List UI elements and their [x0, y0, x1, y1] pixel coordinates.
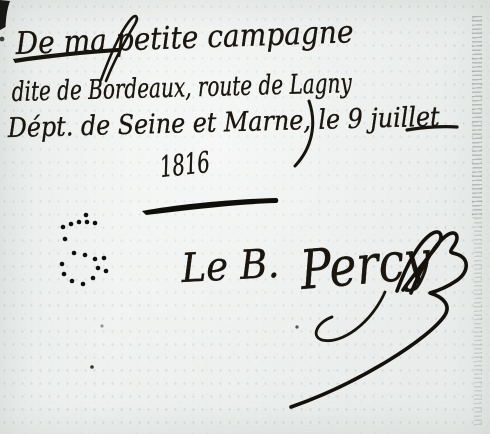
stamp-dot	[85, 220, 90, 225]
stamp-dot	[63, 237, 68, 242]
ink-speck	[90, 365, 94, 369]
ink-speck	[100, 324, 103, 327]
stamp-dot	[60, 262, 65, 267]
stamp-dot	[61, 225, 66, 230]
scanned-letter-page: De ma petite campagne dite de Bordeaux, …	[0, 0, 490, 434]
date-underline-stroke	[142, 198, 278, 215]
stamp-dot	[81, 282, 86, 287]
stamp-dot	[104, 269, 109, 274]
stamp-dot	[93, 257, 98, 262]
handwritten-line-3: Dépt. de Seine et Marne, le 9 juillet	[6, 102, 440, 144]
scan-corner-ink-mark	[0, 0, 10, 30]
handwritten-line-2: dite de Bordeaux, route de Lagny	[11, 68, 352, 108]
stamp-dot	[91, 276, 96, 281]
handwriting-layer: De ma petite campagne dite de Bordeaux, …	[0, 0, 490, 434]
scan-edge-noise-lower	[474, 218, 482, 426]
signature-prefix: Le B.	[179, 241, 280, 292]
ink-speck	[295, 325, 298, 328]
stamp-dot	[102, 256, 107, 261]
stamp-dot	[83, 253, 88, 258]
stamp-dot	[84, 213, 89, 218]
stamp-dot	[96, 266, 101, 271]
stamp-dot	[70, 279, 75, 284]
stamp-dot	[93, 221, 98, 226]
stamp-dot	[62, 272, 67, 277]
scan-edge-speck	[0, 37, 4, 42]
perforation-stamp	[60, 213, 109, 287]
stamp-dot	[69, 222, 74, 227]
scan-edge-noise-upper	[472, 16, 482, 218]
stamp-dot	[72, 251, 77, 256]
stamp-dot	[77, 220, 82, 225]
handwritten-date-year: 1816	[158, 145, 211, 184]
